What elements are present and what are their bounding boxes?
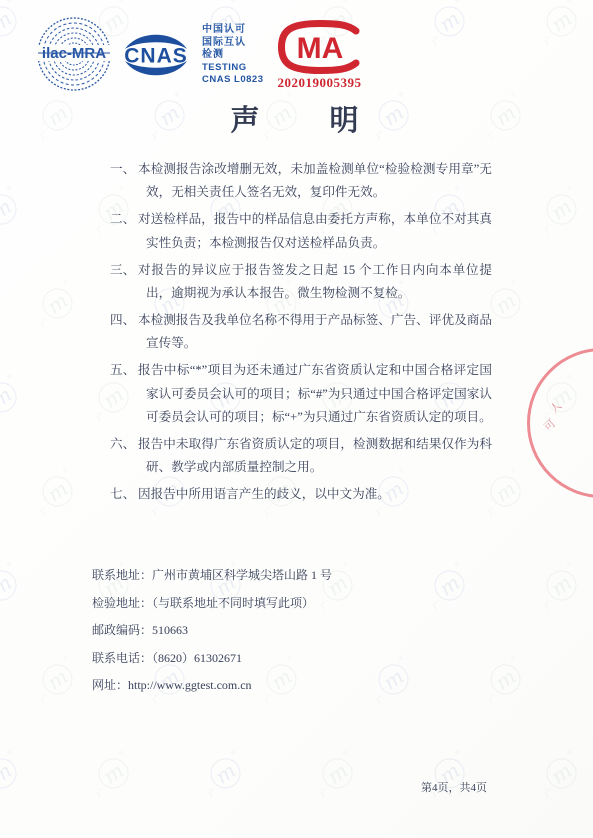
cma-certificate-number: 202019005395 [276,75,364,91]
watermark-m-glyph: m [373,659,415,701]
grg-watermark-icon: 广m® [0,185,27,236]
statement-page: 广m®广m®广m®广m®广m®广m®广m®广m®广m®广m®广m®广m®广m®广… [0,0,593,838]
grg-watermark-icon: 广m® [532,0,587,49]
statement-number: 二、 [110,208,138,255]
contact-info: 联系地址：广州市黄埔区科学城尖塔山路 1 号 检验地址：（与联系地址不同时填写此… [92,562,332,700]
statement-text: 因报告中所用语言产生的歧义，以中文为准。 [138,483,492,506]
accreditation-text: 中国认可 国际互认 检测 TESTING CNAS L0823 [202,24,264,87]
watermark-suffix: ® [342,749,349,757]
contact-label: 邮政编码： [92,623,152,637]
page-title: 声 明 [0,98,593,139]
statement-item: 二、 对送检样品，报告中的样品信息由委托方声称，本单位不对其真实性负责；本检测报… [110,208,492,255]
accreditation-line: 中国认可 [202,24,264,37]
accreditation-line: TESTING [202,62,264,75]
accreditation-line: CNAS L0823 [202,74,264,87]
grg-watermark-icon: 广m® [196,749,251,800]
watermark-m-glyph: m [317,753,359,795]
accreditation-logos: ilac-MRA CNAS 中国认可 国际互认 检测 TESTING CNAS … [36,16,364,92]
accreditation-line: 检测 [202,49,264,62]
red-seal-partial: 人 可 [527,348,593,498]
accreditation-line: 国际互认 [202,37,264,50]
contact-value: （8620）61302671 [152,651,242,665]
watermark-prefix: 广 [541,597,556,613]
watermark-m-glyph: m [0,377,22,419]
watermark-suffix: ® [62,655,69,663]
grg-watermark-icon: 广m® [532,561,587,612]
watermark-prefix: 广 [93,409,108,425]
watermark-m-glyph: m [0,1,22,43]
watermark-m-glyph: m [0,189,22,231]
statement-text: 本检测报告及我单位名称不得用于产品标签、广告、评优及商品宣传等。 [138,309,492,356]
watermark-suffix: ® [566,561,573,569]
watermark-suffix: ® [342,561,349,569]
seal-character: 人 [546,397,565,416]
grg-watermark-icon: 广m® [420,0,475,49]
watermark-prefix: 广 [429,33,444,49]
watermark-m-glyph: m [37,283,79,325]
watermark-suffix: ® [342,0,349,5]
statement-item: 四、 本检测报告及我单位名称不得用于产品标签、广告、评优及商品宣传等。 [110,309,492,356]
watermark-prefix: 广 [541,33,556,49]
watermark-m-glyph: m [541,189,583,231]
grg-watermark-icon: 广m® [308,749,363,800]
watermark-m-glyph: m [37,659,79,701]
watermark-suffix: ® [510,279,517,287]
watermark-m-glyph: m [429,565,471,607]
watermark-m-glyph: m [205,753,247,795]
cma-icon: MA [276,20,364,74]
watermark-m-glyph: m [485,659,527,701]
watermark-suffix: ® [6,749,13,757]
watermark-suffix: ® [6,185,13,193]
page-number: 第4页，共4页 [421,779,487,795]
watermark-suffix: ® [118,749,125,757]
watermark-suffix: ® [510,467,517,475]
watermark-suffix: ® [454,0,461,5]
grg-watermark-icon: 广m® [532,185,587,236]
statement-number: 一、 [110,158,138,205]
statement-item: 五、 报告中标“*”项目为还未通过广东省资质认定和中国合格评定国家认可委员会认可… [110,359,492,429]
watermark-m-glyph: m [429,1,471,43]
watermark-suffix: ® [566,749,573,757]
grg-watermark-icon: 广m® [28,655,83,706]
inspection-address-row: 检验地址：（与联系地址不同时填写此项） [92,590,332,618]
statement-text: 报告中未取得广东省资质认定的项目，检测数据和结果仅作为科研、教学或内部质量控制之… [138,433,492,480]
grg-watermark-icon: 广m® [0,749,27,800]
cnas-label: CNAS [124,45,188,68]
statement-item: 三、 对报告的异议应于报告签发之日起 15 个工作日内向本单位提出，逾期视为承认… [110,259,492,306]
watermark-suffix: ® [6,561,13,569]
contact-label: 联系电话： [92,651,152,665]
watermark-suffix: ® [566,0,573,5]
watermark-prefix: 广 [205,785,220,801]
cnas-icon: CNAS [118,28,194,82]
website-row: 网址：http://www.ggtest.com.cn [92,672,332,700]
watermark-suffix: ® [118,0,125,5]
watermark-suffix: ® [454,561,461,569]
watermark-m-glyph: m [541,565,583,607]
website-url: http://www.ggtest.com.cn [128,678,252,692]
statement-list: 一、 本检测报告涂改增删无效，未加盖检测单位“检验检测专用章”无效，无相关责任人… [110,158,492,510]
watermark-m-glyph: m [0,565,22,607]
watermark-m-glyph: m [541,753,583,795]
seal-character: 可 [540,415,559,434]
watermark-suffix: ® [398,655,405,663]
watermark-prefix: 广 [37,503,52,519]
watermark-prefix: 广 [429,597,444,613]
watermark-prefix: 广 [541,221,556,237]
grg-watermark-icon: 广m® [364,655,419,706]
grg-watermark-icon: 广m® [588,279,593,330]
watermark-prefix: 广 [93,785,108,801]
statement-number: 三、 [110,259,138,306]
contact-label: 网址： [92,678,128,692]
grg-watermark-icon: 广m® [0,373,27,424]
contact-address-row: 联系地址：广州市黄埔区科学城尖塔山路 1 号 [92,562,332,590]
watermark-m-glyph: m [0,753,22,795]
watermark-m-glyph: m [93,753,135,795]
contact-value: 广州市黄埔区科学城尖塔山路 1 号 [152,568,332,582]
grg-watermark-icon: 广m® [28,279,83,330]
watermark-prefix: 广 [317,785,332,801]
watermark-suffix: ® [454,749,461,757]
watermark-suffix: ® [510,655,517,663]
grg-watermark-icon: 广m® [0,0,27,49]
contact-value: （与联系地址不同时填写此项） [152,596,314,610]
statement-item: 六、 报告中未取得广东省资质认定的项目，检测数据和结果仅作为科研、教学或内部质量… [110,433,492,480]
grg-watermark-icon: 广m® [28,467,83,518]
statement-number: 六、 [110,433,138,480]
statement-number: 七、 [110,483,138,506]
watermark-prefix: 广 [541,785,556,801]
statement-item: 一、 本检测报告涂改增删无效，未加盖检测单位“检验检测专用章”无效，无相关责任人… [110,158,492,205]
watermark-suffix: ® [6,0,13,5]
ilac-mra-label: ilac-MRA [42,45,106,62]
contact-label: 联系地址： [92,568,152,582]
watermark-suffix: ® [230,0,237,5]
statement-item: 七、 因报告中所用语言产生的歧义，以中文为准。 [110,483,492,506]
cma-mark: MA 202019005395 [276,20,364,91]
grg-watermark-icon: 广m® [420,561,475,612]
ilac-mra-icon: ilac-MRA [36,16,112,92]
postal-code-row: 邮政编码：510663 [92,617,332,645]
grg-watermark-icon: 广m® [532,749,587,800]
watermark-m-glyph: m [541,1,583,43]
grg-watermark-icon: 广m® [84,749,139,800]
contact-label: 检验地址： [92,596,152,610]
watermark-suffix: ® [62,279,69,287]
watermark-suffix: ® [566,185,573,193]
statement-number: 五、 [110,359,138,429]
grg-watermark-icon: 广m® [0,561,27,612]
cma-label: MA [296,32,343,65]
watermark-prefix: 广 [485,691,500,707]
grg-watermark-icon: 广m® [476,655,531,706]
watermark-prefix: 广 [37,691,52,707]
watermark-suffix: ® [230,749,237,757]
watermark-prefix: 广 [373,691,388,707]
watermark-prefix: 广 [93,221,108,237]
phone-row: 联系电话：（8620）61302671 [92,645,332,673]
statement-text: 对送检样品，报告中的样品信息由委托方声称，本单位不对其真实性负责；本检测报告仅对… [138,208,492,255]
statement-text: 对报告的异议应于报告签发之日起 15 个工作日内向本单位提出，逾期视为承认本报告… [138,259,492,306]
contact-value: 510663 [152,623,188,637]
statement-text: 本检测报告涂改增删无效，未加盖检测单位“检验检测专用章”无效，无相关责任人签名无… [138,158,492,205]
statement-text: 报告中标“*”项目为还未通过广东省资质认定和中国合格评定国家认可委员会认可的项目… [138,359,492,429]
watermark-m-glyph: m [37,471,79,513]
watermark-suffix: ® [6,373,13,381]
watermark-prefix: 广 [37,315,52,331]
watermark-suffix: ® [62,467,69,475]
grg-watermark-icon: 广m® [588,655,593,706]
statement-number: 四、 [110,309,138,356]
